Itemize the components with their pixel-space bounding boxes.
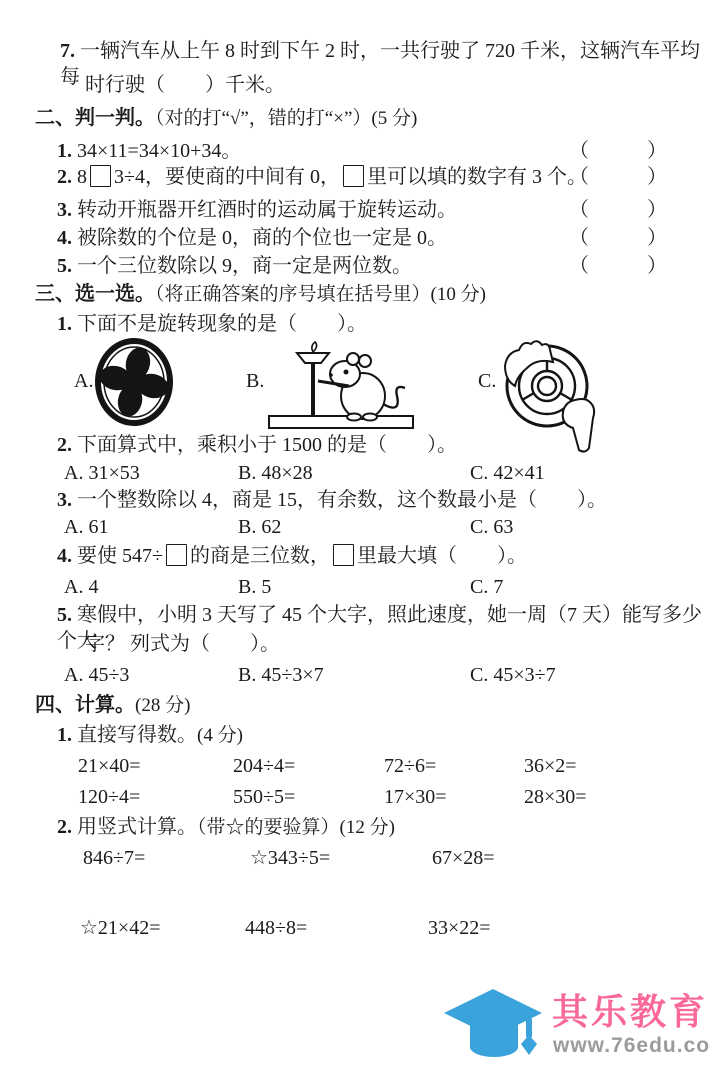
section-note: （将正确答案的序号填在括号里） [155, 284, 431, 305]
expression: 448÷8= [245, 915, 307, 941]
qile-education-logo: 其乐教育 www.76edu.com [442, 985, 704, 1067]
item-text: 3÷4，要使商的中间有 0， [114, 166, 340, 188]
item-text: 字？ 列式为（ ）。 [85, 631, 280, 657]
brand-url: www.76edu.com [553, 1032, 711, 1059]
item-text: 一个三位数除以 9，商一定是两位数。 [77, 255, 412, 277]
item-number: 2. [57, 166, 72, 188]
answer-bracket: （ ） [569, 253, 673, 279]
section-note: （对的打“√”，错的打“×”） [155, 108, 371, 129]
calc-sub2-header: 2.用竖式计算。（带☆的要验算）(12 分) [0, 814, 711, 841]
item-text: 被除数的个位是 0，商的个位也一定是 0。 [77, 227, 447, 249]
choice-q1-images: A. B. [0, 336, 711, 432]
item-text: 转动开瓶器开红酒时的运动属于旋转运动。 [77, 199, 457, 221]
option-a: A. 4 [64, 574, 98, 600]
item-text: 里最大填（ ）。 [357, 545, 527, 567]
item-number: 3. [57, 199, 72, 221]
question-text: 时行驶（ ）千米。 [85, 72, 285, 98]
choice-q2: 2.下面算式中，乘积小于 1500 的是（ ）。 [0, 432, 711, 458]
item-text: 要使 547÷ [77, 545, 163, 567]
option-b: B. 5 [238, 574, 271, 600]
brand-name: 其乐教育 [552, 989, 708, 1036]
expression: 17×30= [384, 784, 447, 810]
item-points: (12 分) [340, 817, 395, 838]
section-3-header: 三、选一选。（将正确答案的序号填在括号里）(10 分) [0, 281, 711, 308]
blank-box [166, 544, 187, 566]
expression: 67×28= [432, 845, 495, 871]
option-c: C. 42×41 [470, 460, 545, 486]
item-title: 用竖式计算。 [77, 816, 197, 838]
item-number: 5. [57, 255, 72, 277]
mouse-lampstand-icon [266, 336, 416, 432]
section-4-header: 四、计算。(28 分) [0, 692, 711, 719]
question-number: 7. [60, 40, 75, 62]
option-a: A. 31×53 [64, 460, 140, 486]
calc-sub1-header: 1.直接写得数。(4 分) [0, 722, 711, 749]
option-a-label: A. [74, 368, 93, 394]
choice-q5-line2: 字？ 列式为（ ）。 [0, 631, 711, 657]
option-b-label: B. [246, 368, 264, 394]
judge-item-3: 3.转动开瓶器开红酒时的运动属于旋转运动。 （ ） [0, 197, 711, 223]
blank-box [90, 165, 111, 187]
option-c: C. 63 [470, 514, 513, 540]
item-text: 一个整数除以 4，商是 15，有余数，这个数最小是（ ）。 [77, 489, 607, 511]
section-points: (28 分) [135, 695, 190, 716]
item-text: 下面不是旋转现象的是（ ）。 [77, 313, 367, 335]
answer-bracket: （ ） [569, 197, 673, 223]
expression: 33×22= [428, 915, 491, 941]
item-number: 4. [57, 227, 72, 249]
item-number: 1. [57, 313, 72, 335]
item-number: 2. [57, 816, 72, 838]
section-title: 三、选一选。 [35, 283, 155, 305]
graduation-cap-icon [442, 987, 544, 1067]
blank-box [333, 544, 354, 566]
fan-icon [92, 336, 176, 428]
judge-item-5: 5.一个三位数除以 9，商一定是两位数。 （ ） [0, 253, 711, 279]
option-c: C. 45×3÷7 [470, 662, 556, 688]
worksheet-page: 7.一辆汽车从上午 8 时到下午 2 时，一共行驶了 720 千米，这辆汽车平均… [0, 0, 711, 1074]
item-number: 1. [57, 724, 72, 746]
expression: 36×2= [524, 753, 577, 779]
expression: 846÷7= [83, 845, 145, 871]
expression: 550÷5= [233, 784, 295, 810]
section-2-header: 二、判一判。（对的打“√”，错的打“×”）(5 分) [0, 105, 711, 132]
option-a: A. 45÷3 [64, 662, 129, 688]
item-text: 里可以填的数字有 3 个。 [367, 166, 587, 188]
item-number: 5. [57, 604, 72, 626]
option-b: B. 48×28 [238, 460, 313, 486]
judge-item-2: 2.83÷4，要使商的中间有 0，里可以填的数字有 3 个。 （ ） [0, 164, 711, 190]
option-a: A. 61 [64, 514, 108, 540]
blank-box [343, 165, 364, 187]
option-b: B. 45÷3×7 [238, 662, 324, 688]
expression: 72÷6= [384, 753, 436, 779]
item-number: 3. [57, 489, 72, 511]
option-c: C. 7 [470, 574, 503, 600]
section-title: 四、计算。 [35, 694, 135, 716]
choice-q1: 1.下面不是旋转现象的是（ ）。 [0, 311, 711, 337]
item-number: 4. [57, 545, 72, 567]
expression: 120÷4= [78, 784, 140, 810]
expression: ☆21×42= [80, 915, 161, 941]
section-title: 二、判一判。 [35, 107, 155, 129]
section-points: (5 分) [371, 108, 417, 129]
answer-bracket: （ ） [569, 225, 673, 251]
item-text: 下面算式中，乘积小于 1500 的是（ ）。 [77, 434, 457, 456]
item-note: （带☆的要验算） [197, 817, 340, 838]
expression: 21×40= [78, 753, 141, 779]
judge-item-1: 1.34×11=34×10+34。 （ ） [0, 138, 711, 164]
item-title: 直接写得数。 [77, 724, 197, 746]
item-text: 34×11=34×10+34。 [77, 140, 241, 162]
answer-bracket: （ ） [569, 164, 673, 190]
option-b: B. 62 [238, 514, 281, 540]
item-text: 的商是三位数， [190, 545, 330, 567]
choice-q4: 4.要使 547÷的商是三位数，里最大填（ ）。 [0, 543, 711, 569]
answer-bracket: （ ） [569, 138, 673, 164]
judge-item-4: 4.被除数的个位是 0，商的个位也一定是 0。 （ ） [0, 225, 711, 251]
choice-q3: 3.一个整数除以 4，商是 15，有余数，这个数最小是（ ）。 [0, 487, 711, 513]
section-points: (10 分) [431, 284, 486, 305]
item-points: (4 分) [197, 725, 243, 746]
item-number: 1. [57, 140, 72, 162]
expression: 204÷4= [233, 753, 295, 779]
question-7-line2: 时行驶（ ）千米。 [0, 72, 711, 98]
option-c-label: C. [478, 368, 496, 394]
item-number: 2. [57, 434, 72, 456]
item-text: 8 [77, 166, 87, 188]
expression: 28×30= [524, 784, 587, 810]
expression: ☆343÷5= [250, 845, 330, 871]
